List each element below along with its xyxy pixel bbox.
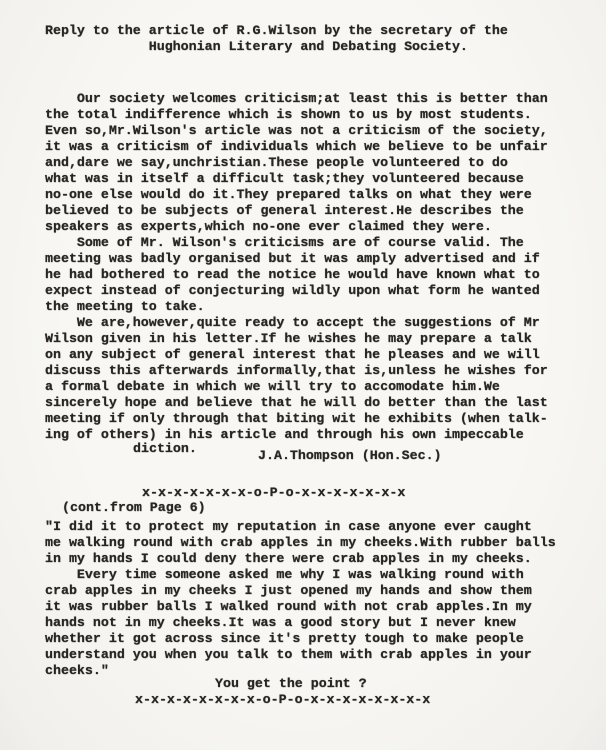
typewritten-page: Reply to the article of R.G.Wilson by th… <box>0 0 606 750</box>
text-line: understand you when you talk to them wit… <box>45 647 556 663</box>
text-line: Even so,Mr.Wilson's article was not a cr… <box>45 123 548 139</box>
text-line: We are,however,quite ready to accept the… <box>45 315 548 331</box>
text-line: Reply to the article of R.G.Wilson by th… <box>45 23 508 39</box>
text-line: the meeting to take. <box>45 299 548 315</box>
text-line: the total indifference which is shown to… <box>45 107 548 123</box>
text-line: whether it got across since it's pretty … <box>45 631 556 647</box>
text-line: Wilson given in his letter.If he wishes … <box>45 331 548 347</box>
text-line: no-one else would do it.They prepared ta… <box>45 187 548 203</box>
text-line: crab apples in my cheeks I just opened m… <box>45 583 556 599</box>
text-line: Our society welcomes criticism;at least … <box>45 91 548 107</box>
text-line: it was rubber balls I walked round with … <box>45 599 556 615</box>
signature: J.A.Thompson (Hon.Sec.) <box>258 448 442 464</box>
text-line: "I did it to protect my reputation in ca… <box>45 519 556 535</box>
text-line: sincerely hope and believe that he will … <box>45 395 548 411</box>
closing-remark: You get the point ? <box>215 676 367 692</box>
text-line: Every time someone asked me why I was wa… <box>45 567 556 583</box>
text-line: ing of others) in his article and throug… <box>45 427 548 443</box>
text-line: meeting was badly organised but it was a… <box>45 251 548 267</box>
text-line: discuss this afterwards informally,that … <box>45 363 548 379</box>
text-line: in my hands I could deny there were crab… <box>45 551 556 567</box>
section-separator-bottom: x-x-x-x-x-x-x-x-o-P-o-x-x-x-x-x-x-x-x <box>135 692 430 708</box>
text-line: what was in itself a difficult task;they… <box>45 171 548 187</box>
signoff-word: diction. <box>133 441 197 457</box>
text-line: meeting if only through that biting wit … <box>45 411 548 427</box>
text-line: Hughonian Literary and Debating Society. <box>45 39 508 55</box>
section-separator-top: x-x-x-x-x-x-x-o-P-o-x-x-x-x-x-x-x <box>142 485 405 501</box>
text-line: expect instead of conjecturing wildly up… <box>45 283 548 299</box>
text-line: it was a criticism of individuals which … <box>45 139 548 155</box>
text-line: me walking round with crab apples in my … <box>45 535 556 551</box>
text-line: he had bothered to read the notice he wo… <box>45 267 548 283</box>
text-line: a formal debate in which we will try to … <box>45 379 548 395</box>
text-line: hands not in my cheeks.It was a good sto… <box>45 615 556 631</box>
reply-letter-body: Our society welcomes criticism;at least … <box>45 91 548 443</box>
continuation-note: (cont.from Page 6) <box>62 500 206 516</box>
text-line: and,dare we say,unchristian.These people… <box>45 155 548 171</box>
document-title: Reply to the article of R.G.Wilson by th… <box>45 23 508 55</box>
continuation-story-body: "I did it to protect my reputation in ca… <box>45 519 556 679</box>
text-line: on any subject of general interest that … <box>45 347 548 363</box>
text-line: Some of Mr. Wilson's criticisms are of c… <box>45 235 548 251</box>
text-line: speakers as experts,which no-one ever cl… <box>45 219 548 235</box>
text-line: believed to be subjects of general inter… <box>45 203 548 219</box>
